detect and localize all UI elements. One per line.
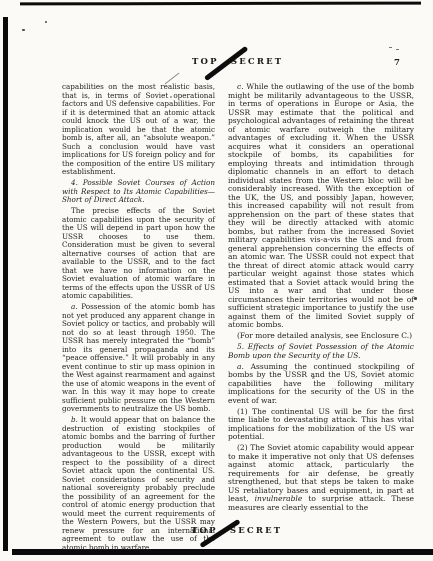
scan-speck bbox=[389, 47, 392, 48]
page-number: 7 bbox=[394, 58, 400, 68]
column-right: c. While the outlawing of the use of the… bbox=[228, 83, 414, 515]
paragraph: capabilities on the most realistic basis… bbox=[62, 83, 215, 177]
text-segment: 5. Effects of Soviet Possession of the A… bbox=[228, 342, 414, 360]
scan-speck bbox=[45, 21, 47, 23]
text-segment: (1) The continental US will be for the f… bbox=[228, 407, 414, 442]
paragraph: The precise effects of the Soviet atomic… bbox=[62, 207, 215, 301]
document-page: TOP SECRET 7 capabilities on the most re… bbox=[0, 0, 433, 561]
text-segment: 4. Possible Soviet Courses of Action wit… bbox=[62, 178, 215, 204]
scan-edge-top bbox=[20, 2, 421, 6]
scan-edge-left bbox=[3, 17, 8, 551]
paragraph: (For more detailed analysis, see Enclosu… bbox=[228, 332, 414, 341]
paragraph: (1) The continental US will be for the f… bbox=[228, 408, 414, 442]
scan-speck bbox=[22, 29, 25, 31]
scan-speck bbox=[170, 96, 172, 98]
scan-speck bbox=[396, 49, 399, 50]
section-heading: 4. Possible Soviet Courses of Action wit… bbox=[62, 179, 215, 205]
scan-speck bbox=[414, 297, 417, 300]
text-segment: Possession of the atomic bomb has not ye… bbox=[62, 302, 215, 413]
paragraph: c. While the outlawing of the use of the… bbox=[228, 83, 414, 330]
text-segment: (For more detailed analysis, see Enclosu… bbox=[237, 331, 412, 340]
paragraph: a. Possession of the atomic bomb has not… bbox=[62, 303, 215, 414]
paragraph: a. Assuming the continued stockpiling of… bbox=[228, 363, 414, 406]
classification-stamp-top: TOP SECRET bbox=[192, 57, 283, 67]
text-segment: capabilities on the most realistic basis… bbox=[62, 82, 215, 176]
section-heading: 5. Effects of Soviet Possession of the A… bbox=[228, 343, 414, 360]
handwritten-annotation: s bbox=[312, 375, 315, 381]
text-segment: The precise effects of the Soviet atomic… bbox=[62, 206, 215, 300]
classification-stamp-bottom: TOP SECRET bbox=[191, 526, 282, 536]
paragraph: (2) The Soviet atomic capability would a… bbox=[228, 444, 414, 512]
text-segment: While the outlawing of the use of the bo… bbox=[228, 82, 414, 329]
text-segment: Assuming the continued stockpiling of bo… bbox=[228, 362, 414, 405]
column-left: capabilities on the most realistic basis… bbox=[62, 83, 215, 555]
